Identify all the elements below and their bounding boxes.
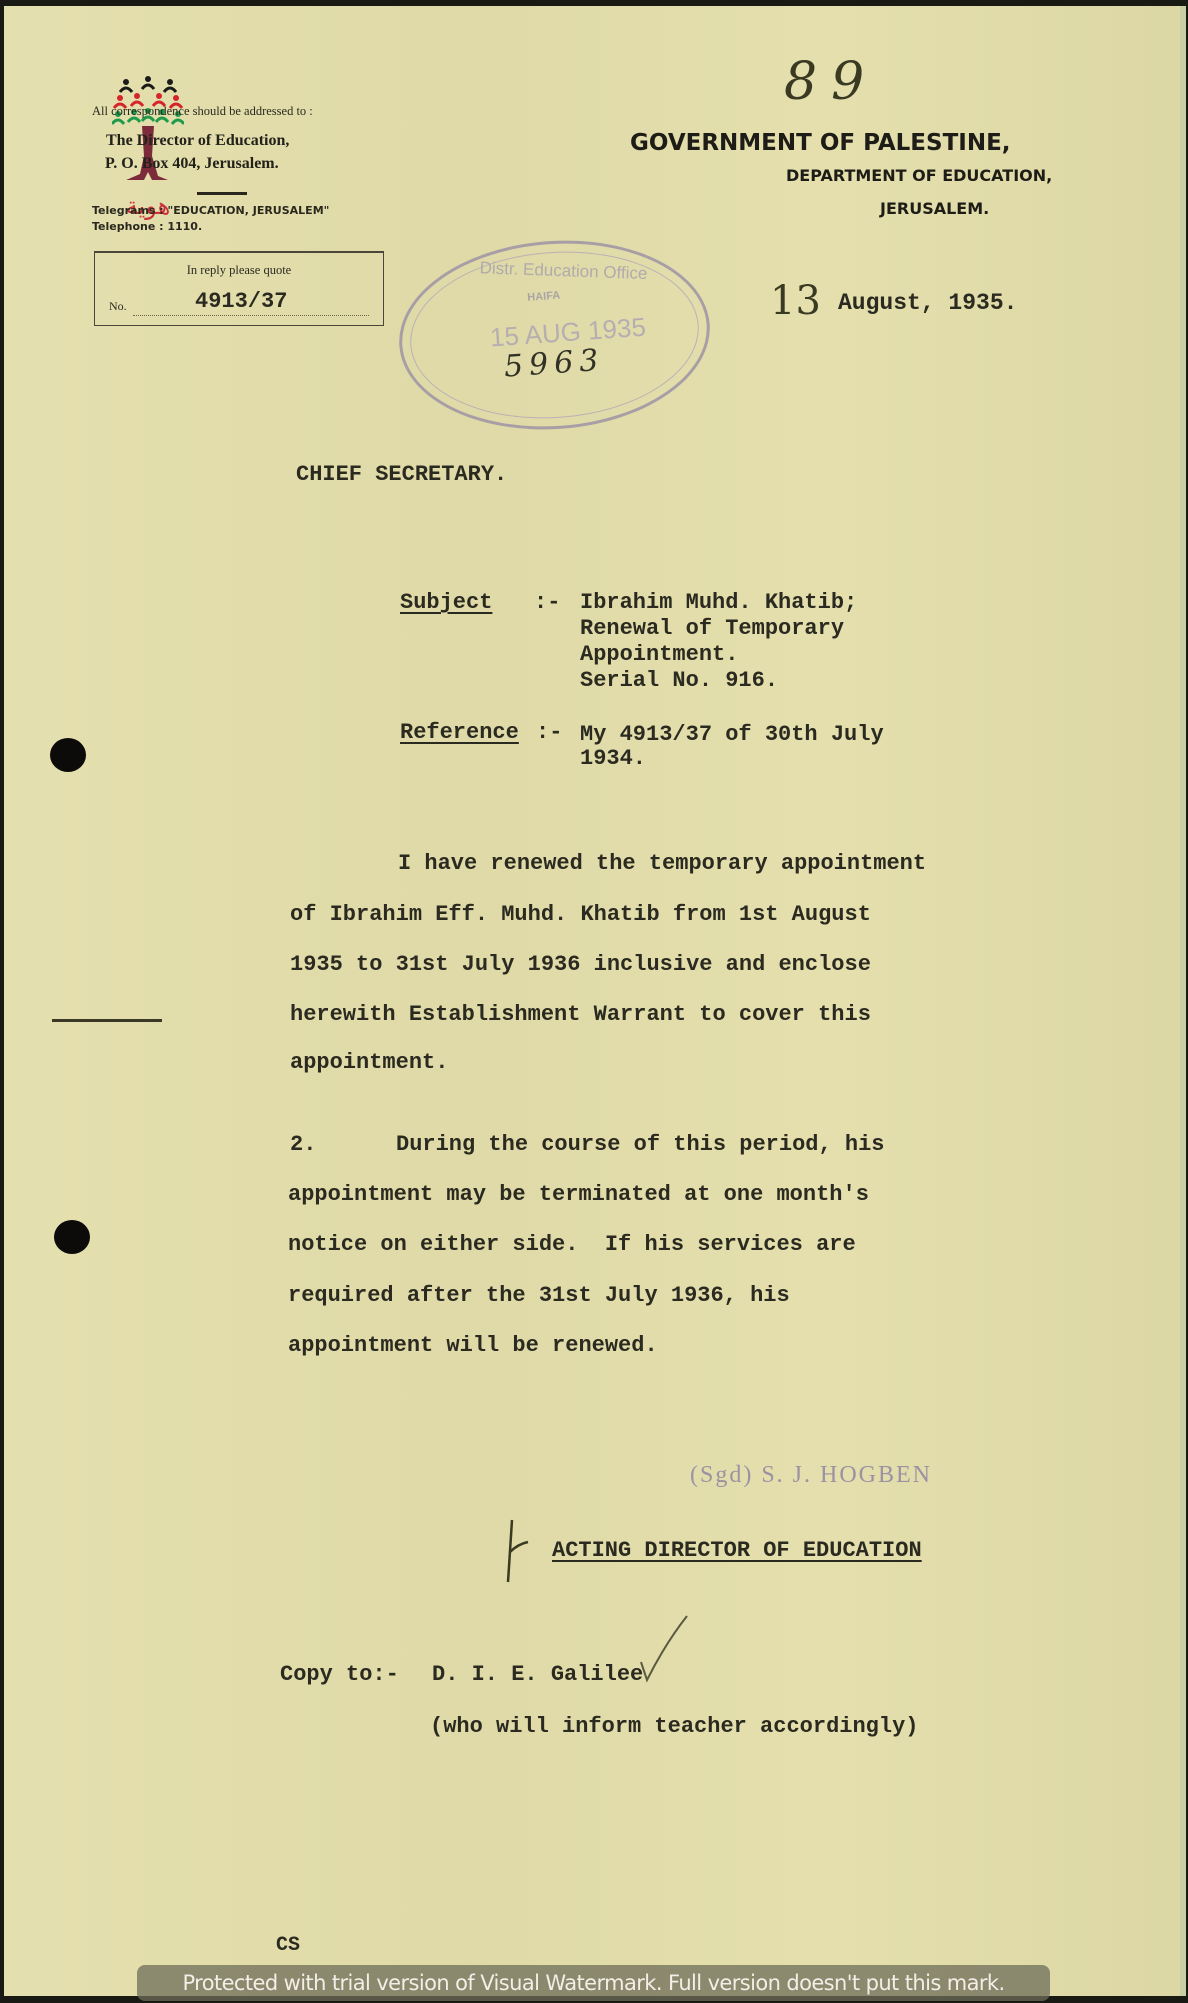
reply-number: 4913/37 (195, 289, 287, 314)
telephone: Telephone : 1110. (92, 220, 202, 233)
signature-title: ACTING DIRECTOR OF EDUCATION (552, 1538, 922, 1563)
addressee-line-2: P. O. Box 404, Jerusalem. (105, 155, 279, 173)
header-rule (197, 192, 247, 195)
department-city: JERUSALEM. (880, 199, 989, 218)
signed-name: (Sgd) S. J. HOGBEN (690, 1462, 932, 1489)
reference-line-2: 1934. (580, 746, 646, 771)
subject-line-4: Serial No. 916. (580, 668, 778, 693)
typist-initials: CS (276, 1934, 300, 1957)
paragraph-2-line-5: appointment will be renewed. (288, 1333, 658, 1358)
correspondence-note: All correspondence should be addressed t… (92, 104, 313, 119)
paragraph-2-line-2: appointment may be terminated at one mon… (288, 1182, 869, 1207)
telegrams: Telegrams : "EDUCATION, JERUSALEM" (92, 204, 329, 217)
copy-to-note: (who will inform teacher accordingly) (430, 1714, 918, 1739)
date-month-year: August, 1935. (838, 290, 1017, 316)
received-stamp: Distr. Education Office HAIFA 15 AUG 193… (393, 230, 716, 439)
reply-no-label: No. (109, 299, 127, 314)
reply-label: In reply please quote (95, 263, 383, 278)
government-title: GOVERNMENT OF PALESTINE, (630, 130, 1011, 156)
addressee-line-1: The Director of Education, (106, 132, 289, 150)
trial-watermark-banner: Protected with trial version of Visual W… (137, 1965, 1050, 2001)
reference-separator: :- (536, 720, 562, 745)
punch-hole-bottom (54, 1220, 90, 1254)
paragraph-1-line-5: appointment. (290, 1050, 448, 1075)
reply-quote-box: In reply please quote No. 4913/37 (94, 251, 384, 326)
paragraph-1-line-2: of Ibrahim Eff. Muhd. Khatib from 1st Au… (290, 902, 871, 927)
subject-line-1: Ibrahim Muhd. Khatib; (580, 590, 857, 615)
paragraph-2-line-3: notice on either side. If his services a… (288, 1232, 856, 1257)
subject-line-2: Renewal of Temporary (580, 616, 844, 641)
reply-number-line (133, 315, 369, 316)
paragraph-2-line-4: required after the 31st July 1936, his (288, 1283, 790, 1308)
checkmark-icon (639, 1614, 689, 1684)
reference-line-1: My 4913/37 of 30th July (580, 722, 884, 747)
paragraph-1-line-1: I have renewed the temporary appointment (398, 851, 926, 876)
stamp-handwritten-number: 5963 (503, 343, 606, 385)
handwritten-mark-icon (504, 1516, 534, 1586)
date-day-handwritten: 13 (770, 278, 821, 324)
recipient: CHIEF SECRETARY. (296, 462, 507, 487)
copy-to-label: Copy to:- (280, 1662, 399, 1687)
copy-to-recipient: D. I. E. Galilee (432, 1662, 643, 1687)
paragraph-2-line-1: During the course of this period, his (396, 1132, 884, 1157)
paragraph-2-number: 2. (290, 1132, 316, 1157)
subject-label: Subject (400, 590, 492, 615)
paragraph-1-line-4: herewith Establishment Warrant to cover … (290, 1002, 871, 1027)
letter-page: هوية All correspondence should be addres… (4, 6, 1186, 1996)
department-title: DEPARTMENT OF EDUCATION, (786, 166, 1052, 185)
margin-mark (52, 1019, 162, 1022)
paragraph-1-line-3: 1935 to 31st July 1936 inclusive and enc… (290, 952, 871, 977)
folio-number: 89 (784, 52, 878, 112)
punch-hole-top (50, 738, 86, 772)
reference-label: Reference (400, 720, 519, 745)
stamp-city: HAIFA (527, 290, 561, 304)
subject-line-3: Appointment. (580, 642, 738, 667)
subject-separator: :- (534, 590, 560, 615)
